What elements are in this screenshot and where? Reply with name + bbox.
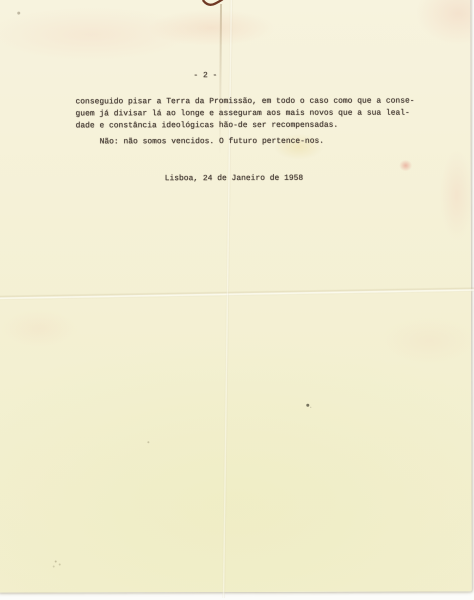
vertical-fold-crease: [222, 0, 233, 598]
page-number: - 2 -: [193, 70, 217, 82]
dateline: Lisboa, 24 de Janeiro de 1958: [165, 173, 304, 185]
paper-sheet: - 2 - conseguido pisar a Terra da Promis…: [0, 0, 472, 593]
ink-speck: [306, 404, 309, 407]
horizontal-fold-crease: [0, 287, 474, 300]
statement-line: Não: não somos vencidos. O futuro perten…: [100, 136, 324, 149]
rust-stain-mark: [202, 0, 224, 7]
scanned-letter-page: - 2 - conseguido pisar a Terra da Promis…: [0, 0, 474, 600]
body-paragraph: conseguido pisar a Terra da Promissão, e…: [75, 96, 414, 133]
paper-speck: [147, 441, 149, 443]
paper-speck: [17, 12, 20, 15]
paper-speck: [55, 560, 57, 562]
